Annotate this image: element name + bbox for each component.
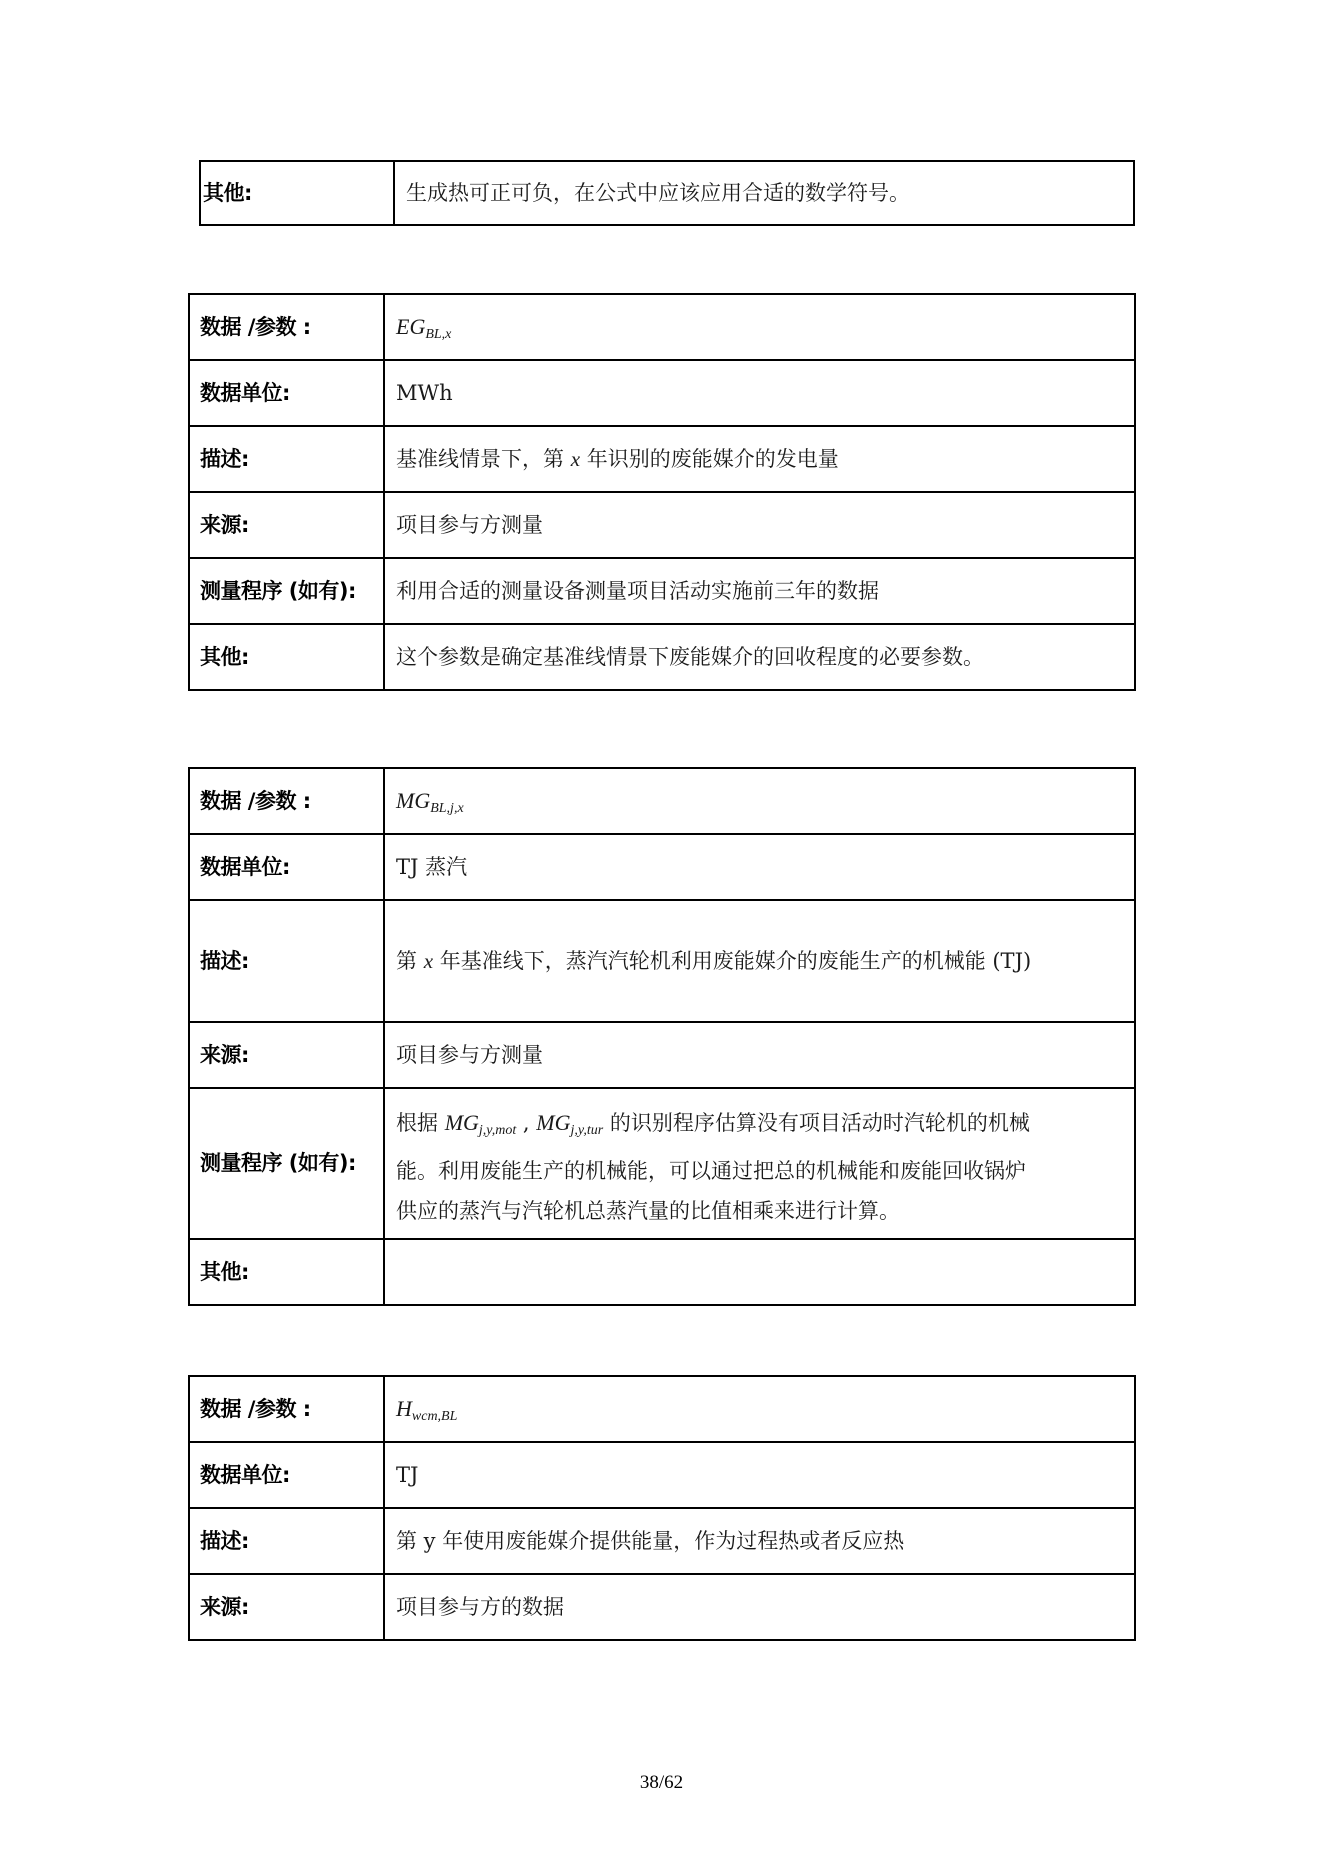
- row-label: 测量程序 (如有):: [189, 558, 384, 624]
- row-value: 项目参与方测量: [384, 1022, 1135, 1088]
- table-row-description: 描述: 基准线情景下，第 x 年识别的废能媒介的发电量: [189, 426, 1135, 492]
- row-value: 第 y 年使用废能媒介提供能量，作为过程热或者反应热: [384, 1508, 1135, 1574]
- row-label: 数据 /参数 :: [189, 768, 384, 834]
- table-row-description: 描述: 第 y 年使用废能媒介提供能量，作为过程热或者反应热: [189, 1508, 1135, 1574]
- row-label: 描述:: [189, 1508, 384, 1574]
- row-value: 项目参与方的数据: [384, 1574, 1135, 1640]
- table-row-source: 来源: 项目参与方测量: [189, 1022, 1135, 1088]
- row-value: TJ: [384, 1442, 1135, 1508]
- parameter-table-continuation: 其他: 生成热可正可负，在公式中应该应用合适的数学符号。: [199, 160, 1135, 226]
- parameter-table-h-wcm-bl: 数据 /参数 : Hwcm,BL 数据单位: TJ 描述: 第 y 年使用废能媒…: [188, 1375, 1136, 1641]
- table-row-unit: 数据单位: TJ: [189, 1442, 1135, 1508]
- row-value: MWh: [384, 360, 1135, 426]
- parameter-table-eg-bl-x: 数据 /参数 : EGBL,x 数据单位: MWh 描述: 基准线情景下，第 x…: [188, 293, 1136, 691]
- row-label: 其他:: [200, 161, 394, 225]
- row-label: 数据单位:: [189, 360, 384, 426]
- row-value: [384, 1239, 1135, 1305]
- page-number: 38/62: [0, 1772, 1323, 1794]
- parameter-symbol: MGBL,j,x: [384, 768, 1135, 834]
- parameter-symbol: EGBL,x: [384, 294, 1135, 360]
- table-row-description: 描述: 第 x 年基准线下，蒸汽汽轮机利用废能媒介的废能生产的机械能 (TJ): [189, 900, 1135, 1022]
- row-label: 数据 /参数 :: [189, 294, 384, 360]
- row-label: 描述:: [189, 900, 384, 1022]
- table-row-parameter: 数据 /参数 : MGBL,j,x: [189, 768, 1135, 834]
- parameter-symbol: Hwcm,BL: [384, 1376, 1135, 1442]
- table-row-source: 来源: 项目参与方的数据: [189, 1574, 1135, 1640]
- row-value: 第 x 年基准线下，蒸汽汽轮机利用废能媒介的废能生产的机械能 (TJ): [384, 900, 1135, 1022]
- row-value: TJ 蒸汽: [384, 834, 1135, 900]
- row-value: 利用合适的测量设备测量项目活动实施前三年的数据: [384, 558, 1135, 624]
- table-row-other: 其他: 这个参数是确定基准线情景下废能媒介的回收程度的必要参数。: [189, 624, 1135, 690]
- table-row-procedure: 测量程序 (如有): 根据 MGj,y,mot , MGj,y,tur 的识别程…: [189, 1088, 1135, 1239]
- table-row-other: 其他: 生成热可正可负，在公式中应该应用合适的数学符号。: [200, 161, 1134, 225]
- row-label: 来源:: [189, 1574, 384, 1640]
- row-value: 根据 MGj,y,mot , MGj,y,tur 的识别程序估算没有项目活动时汽…: [384, 1088, 1135, 1239]
- table-row-unit: 数据单位: TJ 蒸汽: [189, 834, 1135, 900]
- row-value: 项目参与方测量: [384, 492, 1135, 558]
- parameter-table-mg-bl-j-x: 数据 /参数 : MGBL,j,x 数据单位: TJ 蒸汽 描述: 第 x 年基…: [188, 767, 1136, 1306]
- row-label: 数据 /参数 :: [189, 1376, 384, 1442]
- table-row-procedure: 测量程序 (如有): 利用合适的测量设备测量项目活动实施前三年的数据: [189, 558, 1135, 624]
- row-label: 其他:: [189, 1239, 384, 1305]
- row-label: 来源:: [189, 1022, 384, 1088]
- row-label: 数据单位:: [189, 834, 384, 900]
- table-row-source: 来源: 项目参与方测量: [189, 492, 1135, 558]
- row-value: 生成热可正可负，在公式中应该应用合适的数学符号。: [394, 161, 1134, 225]
- row-value: 基准线情景下，第 x 年识别的废能媒介的发电量: [384, 426, 1135, 492]
- table-row-parameter: 数据 /参数 : Hwcm,BL: [189, 1376, 1135, 1442]
- row-value: 这个参数是确定基准线情景下废能媒介的回收程度的必要参数。: [384, 624, 1135, 690]
- table-row-other: 其他:: [189, 1239, 1135, 1305]
- table-row-unit: 数据单位: MWh: [189, 360, 1135, 426]
- row-label: 来源:: [189, 492, 384, 558]
- row-label: 数据单位:: [189, 1442, 384, 1508]
- row-label: 描述:: [189, 426, 384, 492]
- row-label: 其他:: [189, 624, 384, 690]
- row-label: 测量程序 (如有):: [189, 1088, 384, 1239]
- table-row-parameter: 数据 /参数 : EGBL,x: [189, 294, 1135, 360]
